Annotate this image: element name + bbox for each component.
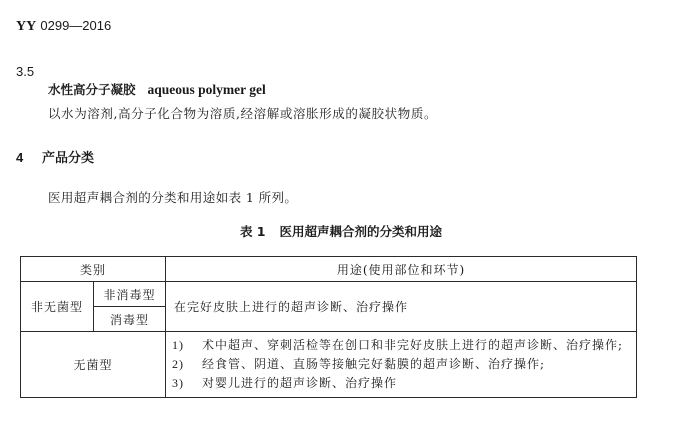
term-english: aqueous polymer gel (148, 82, 266, 97)
category-non-sterile: 非无菌型 (21, 282, 94, 332)
clause-number: 3.5 (16, 64, 34, 79)
section-intro: 医用超声耦合剂的分类和用途如表 1 所列。 (48, 188, 297, 206)
term-chinese: 水性高分子凝胶 (48, 82, 136, 97)
subtype-disinfected: 消毒型 (94, 307, 166, 332)
standard-prefix: YY (16, 19, 36, 34)
table-row: 非无菌型 非消毒型 在完好皮肤上进行的超声诊断、治疗操作 (21, 282, 637, 307)
section-heading: 4产品分类 (16, 147, 94, 166)
table-caption: 表 1医用超声耦合剂的分类和用途 (0, 222, 682, 240)
list-item: 1)术中超声、穿刺活检等在创口和非完好皮肤上进行的超声诊断、治疗操作; (172, 336, 636, 355)
term-heading: 水性高分子凝胶aqueous polymer gel (48, 80, 266, 98)
section-number: 4 (16, 150, 42, 165)
term-definition: 以水为溶剂,高分子化合物为溶质,经溶解或溶胀形成的凝胶状物质。 (48, 104, 437, 122)
category-sterile: 无菌型 (21, 332, 166, 398)
standard-number: 0299—2016 (40, 18, 111, 33)
table-header-row: 类别 用途(使用部位和环节) (21, 257, 637, 282)
subtype-non-disinfected: 非消毒型 (94, 282, 166, 307)
list-item: 3)对婴儿进行的超声诊断、治疗操作 (172, 374, 636, 393)
table-label: 表 1 (240, 224, 266, 239)
usage-non-sterile: 在完好皮肤上进行的超声诊断、治疗操作 (166, 282, 637, 332)
section-title: 产品分类 (42, 151, 94, 166)
list-item: 2)经食管、阴道、直肠等接触完好黏膜的超声诊断、治疗操作; (172, 355, 636, 374)
standard-code: YY 0299—2016 (16, 18, 111, 35)
table-row: 无菌型 1)术中超声、穿刺活检等在创口和非完好皮肤上进行的超声诊断、治疗操作; … (21, 332, 637, 398)
header-category: 类别 (21, 257, 166, 282)
table-title: 医用超声耦合剂的分类和用途 (280, 224, 443, 239)
header-usage: 用途(使用部位和环节) (166, 257, 637, 282)
classification-table: 类别 用途(使用部位和环节) 非无菌型 非消毒型 在完好皮肤上进行的超声诊断、治… (20, 256, 637, 398)
usage-sterile-list: 1)术中超声、穿刺活检等在创口和非完好皮肤上进行的超声诊断、治疗操作; 2)经食… (166, 332, 637, 398)
